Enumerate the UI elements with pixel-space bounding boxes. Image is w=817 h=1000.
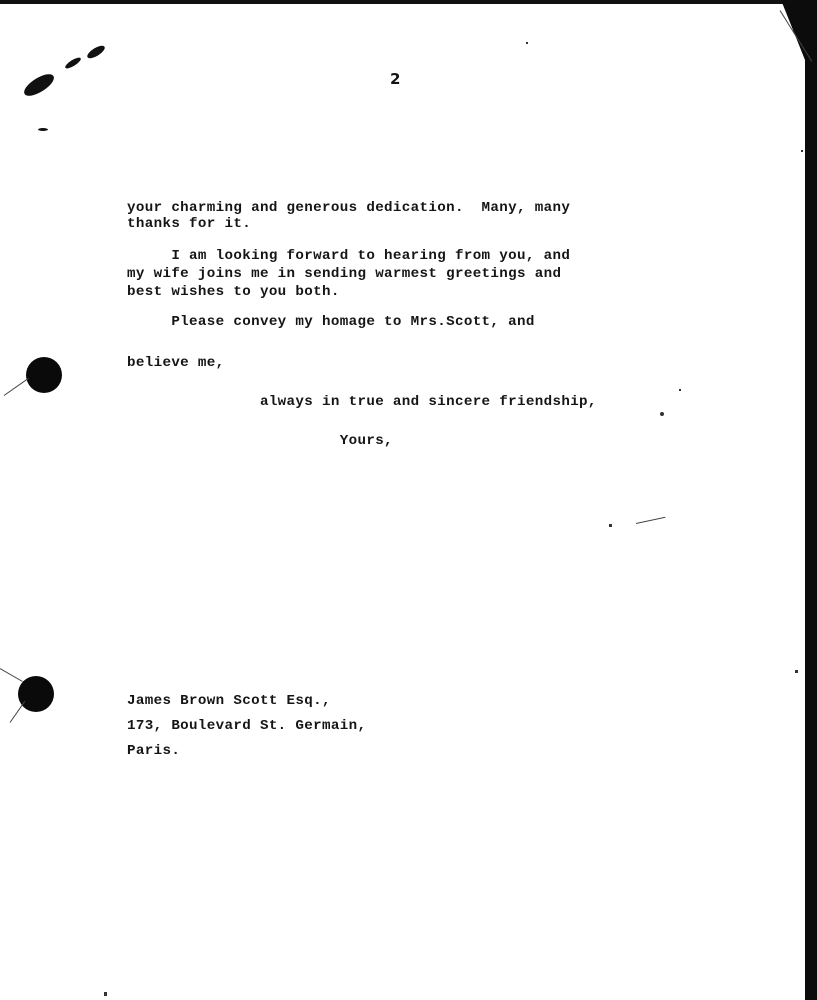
scan-scratch <box>636 517 666 524</box>
body-line: your charming and generous dedication. M… <box>127 200 570 217</box>
scan-speck <box>104 992 107 996</box>
punch-hole <box>18 676 54 712</box>
scan-scratch <box>10 701 26 723</box>
body-line: thanks for it. <box>127 216 251 233</box>
ink-smudge <box>64 56 82 71</box>
scan-scratch <box>4 378 29 396</box>
page-number: 2 <box>390 70 400 88</box>
scan-right-edge <box>805 0 817 1000</box>
body-line: my wife joins me in sending warmest gree… <box>127 266 561 283</box>
body-line: best wishes to you both. <box>127 284 340 301</box>
scan-speck <box>660 412 664 416</box>
body-line: I am looking forward to hearing from you… <box>127 248 570 265</box>
scan-top-edge <box>0 0 817 4</box>
recipient-name: James Brown Scott Esq., <box>127 693 331 710</box>
recipient-city: Paris. <box>127 743 180 760</box>
body-line: Please convey my homage to Mrs.Scott, an… <box>127 314 535 331</box>
ink-smudge <box>21 70 57 100</box>
closing-line: believe me, <box>127 355 225 372</box>
recipient-street: 173, Boulevard St. Germain, <box>127 718 366 735</box>
scan-speck <box>609 524 612 527</box>
punch-hole <box>26 357 62 393</box>
closing-line: always in true and sincere friendship, <box>127 394 597 411</box>
scan-speck <box>795 670 798 673</box>
scan-scratch <box>0 668 23 682</box>
scan-speck <box>526 42 528 44</box>
letter-page: 2 your charming and generous dedication.… <box>0 0 817 1000</box>
ink-smudge <box>85 43 106 60</box>
scan-corner-fold <box>781 0 817 90</box>
scan-speck <box>801 150 803 152</box>
ink-mark <box>38 128 48 131</box>
scan-speck <box>679 389 681 391</box>
closing-signoff: Yours, <box>127 433 393 450</box>
